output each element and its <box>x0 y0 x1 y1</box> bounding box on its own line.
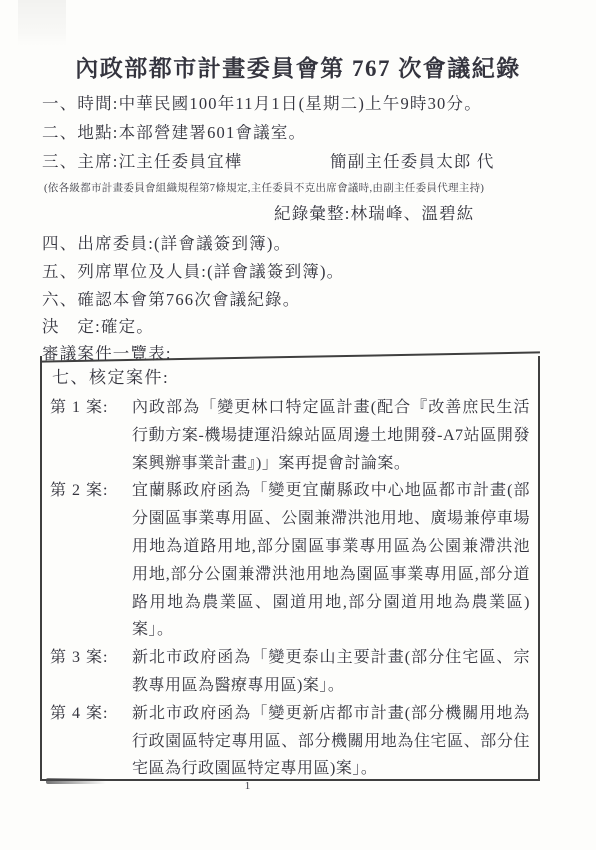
proxy-rule-note: (依各級都市計畫委員會組織規程第7條規定,主任委員不克出席會議時,由副主任委員代… <box>44 180 484 195</box>
line-meeting-time: 一、時間:中華民國100年11月1日(星期二)上午9時30分。 <box>42 90 482 114</box>
chair-substitute-note: 簡副主任委員太郎 代 <box>330 148 495 172</box>
case-text: 新北市政府函為「變更泰山主要計畫(部分住宅區、宗教專用區為醫療專用區)案」。 <box>132 644 530 700</box>
recorders-line: 紀錄彙整:林瑞峰、溫碧紘 <box>274 200 474 224</box>
line-attending-members: 四、出席委員:(詳會議簽到簿)。 <box>42 230 291 254</box>
case-row: 第 4 案: 新北市政府函為「變更新店都市計畫(部分機關用地為行政園區特定專用區… <box>50 700 530 781</box>
case-row: 第 3 案: 新北市政府函為「變更泰山主要計畫(部分住宅區、宗教專用區為醫療專用… <box>50 644 530 700</box>
case-row: 第 2 案: 宜蘭縣政府函為「變更宜蘭縣政中心地區都市計畫(部分園區事業專用區、… <box>50 477 530 644</box>
case-number-label: 第 4 案: <box>50 700 124 728</box>
case-number-label: 第 3 案: <box>50 644 124 672</box>
line-confirm-previous-minutes: 六、確認本會第766次會議紀錄。 <box>42 286 300 310</box>
line-decision: 決 定:確定。 <box>42 313 154 337</box>
case-text: 宜蘭縣政府函為「變更宜蘭縣政中心地區都市計畫(部分園區事業專用區、公園兼滯洪池用… <box>132 477 530 644</box>
case-number-label: 第 2 案: <box>50 477 124 505</box>
case-text: 新北市政府函為「變更新店都市計畫(部分機關用地為行政園區特定專用區、部分機關用地… <box>132 700 530 781</box>
line-observing-units: 五、列席單位及人員:(詳會議簽到簿)。 <box>42 258 344 282</box>
page-number: 1 <box>0 780 496 792</box>
line-meeting-location: 二、地點:本部營建署601會議室。 <box>42 119 306 143</box>
case-number-label: 第 1 案: <box>50 394 124 422</box>
scan-artifact-top-left <box>18 0 66 46</box>
line-meeting-chair: 三、主席:江主任委員宜樺 <box>42 148 242 172</box>
case-section-heading: 七、核定案件: <box>52 366 530 390</box>
document-title: 內政部都市計畫委員會第 767 次會議紀錄 <box>0 50 596 83</box>
case-row: 第 1 案: 內政部為「變更林口特定區計畫(配合『改善庶民生活行動方案-機場捷運… <box>50 394 530 477</box>
case-list-box: 七、核定案件: 第 1 案: 內政部為「變更林口特定區計畫(配合『改善庶民生活行… <box>40 356 540 781</box>
case-text: 內政部為「變更林口特定區計畫(配合『改善庶民生活行動方案-機場捷運沿線站區周邊土… <box>132 394 530 477</box>
scanned-document-page: 內政部都市計畫委員會第 767 次會議紀錄 一、時間:中華民國100年11月1日… <box>0 0 596 850</box>
